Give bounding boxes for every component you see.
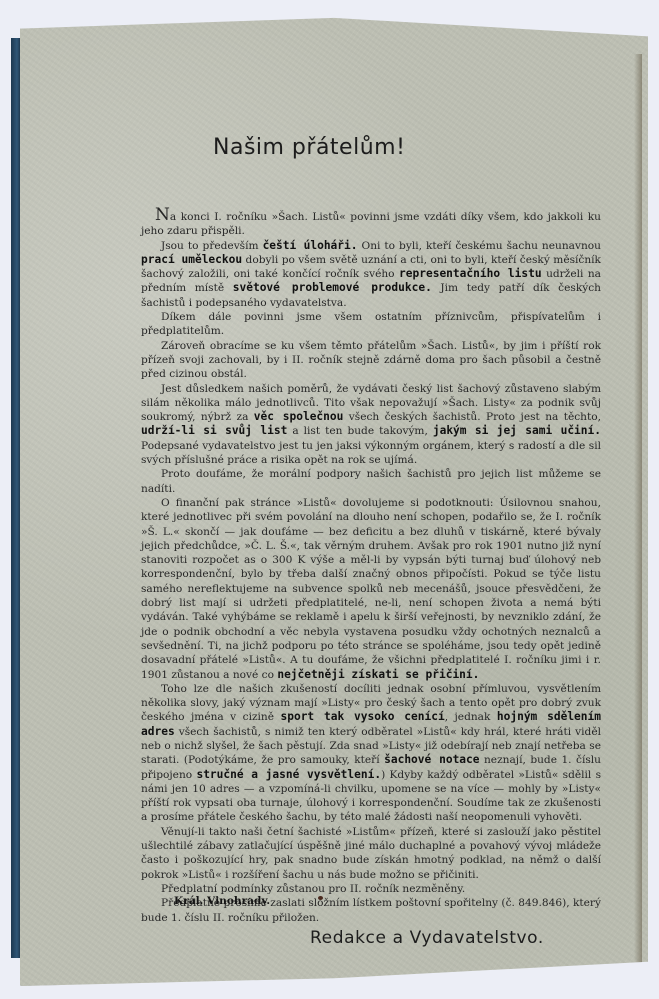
emphasis-text: světové problemové produkce. [233,281,432,294]
text-run: a list ten bude takovým, [287,425,433,437]
paragraph: O finanční pak stránce »Listů« dovolujem… [141,496,601,682]
emphasis-text: representačního listu [399,267,542,280]
emphasis-text: čeští úloháři. [263,239,358,252]
text-run: Předplatní podmínky zůstanou pro II. roč… [161,883,465,895]
text-run: Díkem dále povinni jsme všem ostatním př… [141,311,601,337]
emphasis-text: šachové notace [384,753,479,766]
text-run: Proto doufáme, že morální podpory našich… [141,468,601,494]
emphasis-text: věc společnou [254,410,344,423]
signature: Redakce a Vydavatelstvo. [310,928,544,948]
paragraph: Toho lze dle našich zkušeností docíliti … [141,682,601,825]
paragraph: Věnují-li takto naši četní šachisté »Lis… [141,825,601,882]
book-spine [11,38,21,958]
text-run: Oni to byli, kteří českému šachu neunavn… [358,240,601,252]
paragraph: Díkem dále povinni jsme všem ostatním př… [141,310,601,339]
emphasis-text: udrží-li si svůj list [141,424,287,437]
place-line: Král. Vinohrady. [174,895,270,907]
text-run: , jednak [445,711,497,723]
text-run: všech českých šachistů. Proto jest na tě… [343,411,601,423]
text-run: Zároveň obracíme se ku všem těmto přátel… [141,340,601,381]
emphasis-text: sport tak vysoko cenící [280,710,444,723]
letter-body: Na konci I. ročníku »Šach. Listů« povinn… [141,210,601,925]
page-title: Našim přátelům! [213,135,405,160]
emphasis-text: jakým si jej sami učiní. [433,424,601,437]
paragraph: Na konci I. ročníku »Šach. Listů« povinn… [141,210,601,239]
text-run: Podepsané vydavatelstvo jest tu jen jaks… [141,440,601,466]
paragraph: Jsou to především čeští úloháři. Oni to … [141,239,601,310]
ink-stain [318,896,323,900]
emphasis-text: stručné a jasné vysvětlení. [196,768,381,781]
emphasis-text: prací uměleckou [141,253,242,266]
text-run: O finanční pak stránce »Listů« dovolujem… [141,497,601,681]
drop-cap: N [155,205,170,225]
text-run: Věnují-li takto naši četní šachisté »Lis… [141,826,601,881]
paragraph: Zároveň obracíme se ku všem těmto přátel… [141,339,601,382]
emphasis-text: nejčetněji získati se přičiní. [277,668,479,681]
page-edge-shadow [634,54,642,984]
paragraph: Jest důsledkem našich poměrů, že vydávat… [141,382,601,468]
text-run: a konci I. ročníku »Šach. Listů« povinni… [141,211,601,237]
paragraph: Proto doufáme, že morální podpory našich… [141,467,601,496]
text-run: Jsou to především [161,240,263,252]
